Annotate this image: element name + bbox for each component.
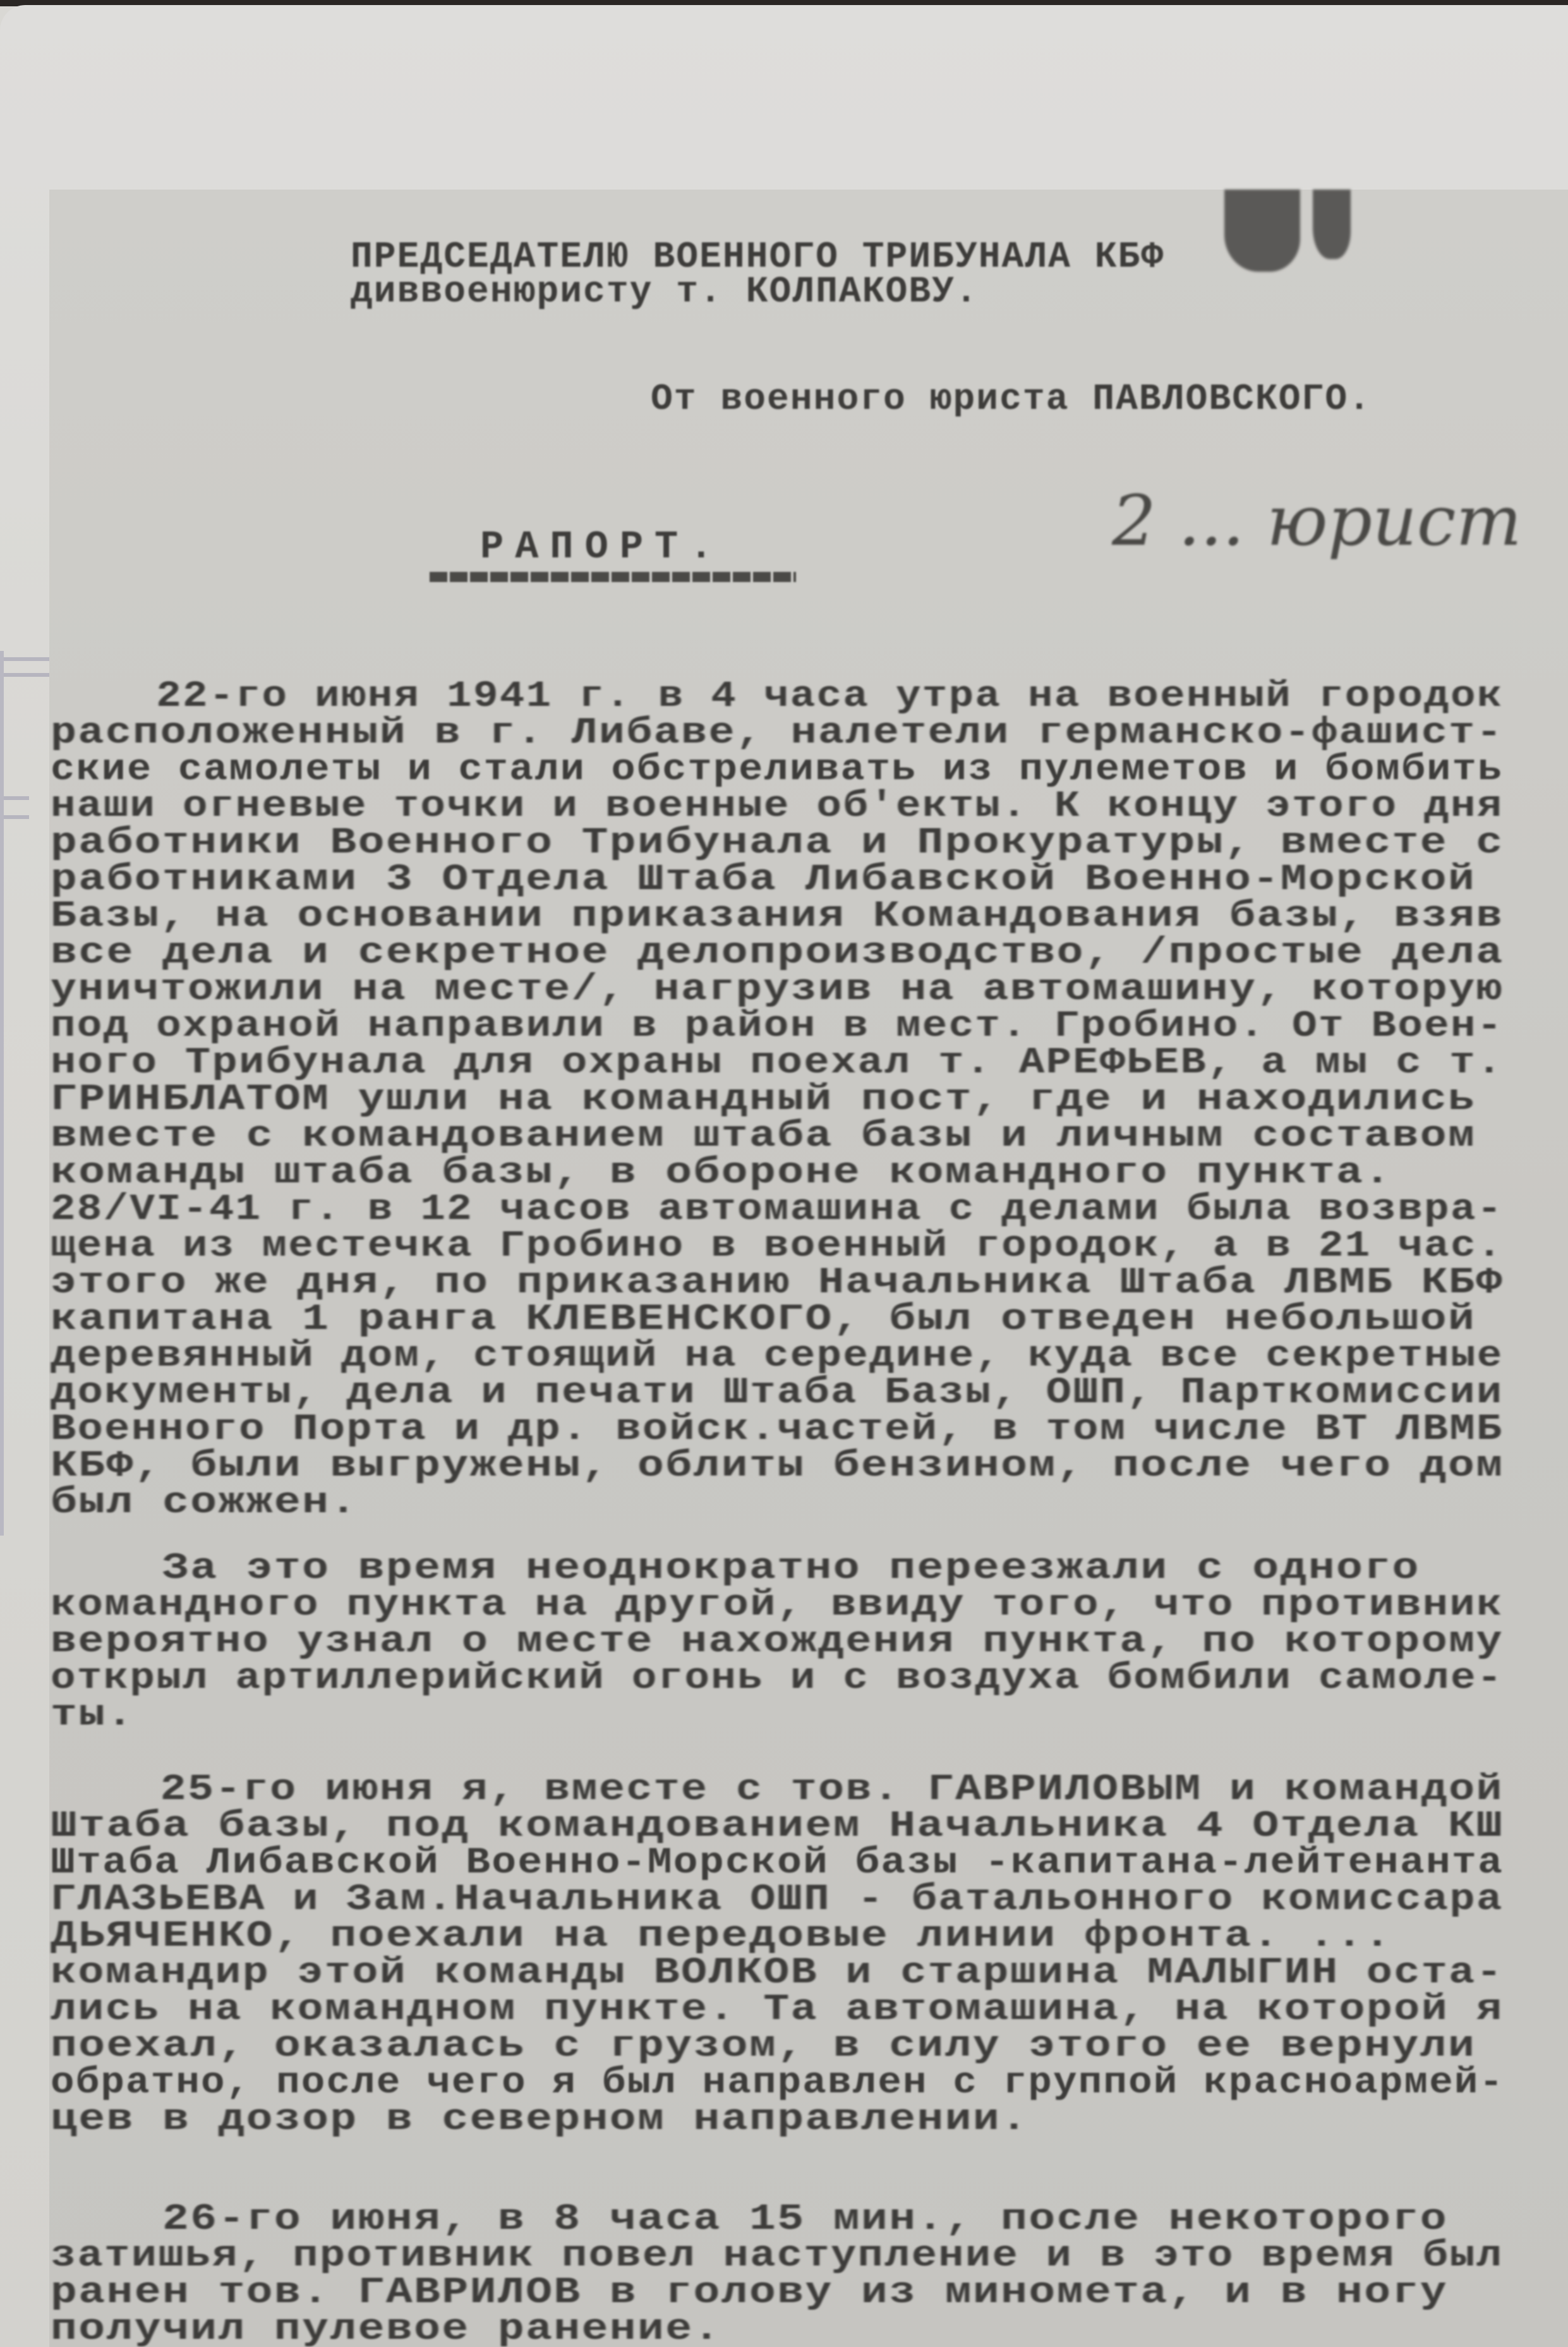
report-line: работники Военного Трибунала и Прокурату…	[51, 823, 1504, 864]
report-line: Базы, на основании приказания Командован…	[51, 896, 1504, 937]
report-line: ГЛАЗЬЕВА и Зам.Начальника ОШП - батальон…	[51, 1879, 1504, 1920]
report-line: цев в дозор в северном направлении.	[51, 2099, 1028, 2140]
report-line: капитана 1 ранга КЛЕВЕНСКОГО, был отведе…	[51, 1299, 1476, 1340]
report-line: работниками 3 Отдела Штаба Либавской Вое…	[51, 859, 1476, 901]
report-line: командного пункта на другой, ввиду того,…	[51, 1585, 1504, 1626]
report-line: лись на командном пункте. Та автомашина,…	[51, 1989, 1504, 2030]
report-line: За это время неоднократно переезжали с о…	[51, 1548, 1420, 1589]
report-line: щена из местечка Гробино в военный город…	[51, 1226, 1504, 1267]
report-line: 22-го июня 1941 г. в 4 часа утра на воен…	[51, 676, 1504, 717]
report-line: расположенный в г. Либаве, налетели герм…	[51, 713, 1504, 754]
report-line: поехал, оказалась с грузом, в силу этого…	[51, 2026, 1476, 2067]
report-line: обратно, после чего я был направлен с гр…	[51, 2063, 1504, 2104]
report-line: ты.	[51, 1695, 135, 1736]
report-line: под охраной направили в район в мест. Гр…	[51, 1006, 1504, 1047]
report-line: был сожжен.	[51, 1483, 358, 1524]
report-line: наши огневые точки и военные об'екты. К …	[51, 786, 1504, 827]
report-line: документы, дела и печати Штаба Базы, ОШП…	[51, 1373, 1504, 1414]
report-line: 25-го июня я, вместе с тов. ГАВРИЛОВЫМ и…	[51, 1769, 1504, 1810]
report-line: Штаба Либавской Военно-Морской базы -кап…	[51, 1843, 1504, 1884]
report-line: деревянный дом, стоящий на середине, куд…	[51, 1336, 1504, 1377]
report-line: ного Трибунала для охраны поехал т. АРЕФ…	[51, 1043, 1504, 1084]
report-line: ранен тов. ГАВРИЛОВ в голову из миномета…	[51, 2272, 1448, 2314]
report-line: все дела и секретное делопроизводство, /…	[51, 933, 1504, 974]
binding-marks	[0, 651, 54, 1536]
ink-blot	[1224, 190, 1300, 272]
title-underline	[430, 572, 796, 582]
report-line: затишья, противник повел наступление и в…	[51, 2236, 1504, 2277]
report-line: командир этой команды ВОЛКОВ и старшина …	[51, 1953, 1504, 1994]
report-line: Военного Порта и др. войск.частей, в том…	[51, 1409, 1504, 1450]
document-title: РАПОРТ.	[480, 525, 724, 569]
report-line: Штаба базы, под командованием Начальника…	[51, 1806, 1504, 1847]
sender-line: От военного юриста ПАВЛОВСКОГО.	[651, 379, 1372, 420]
report-line: 28/VI-41 г. в 12 часов автомашина с дела…	[51, 1189, 1504, 1230]
report-line: уничтожили на месте/, нагрузив на автома…	[51, 969, 1504, 1010]
report-line: открыл артиллерийский огонь и с воздуха …	[51, 1658, 1504, 1699]
report-line: этого же дня, по приказанию Начальника Ш…	[51, 1263, 1504, 1304]
report-line: вероятно узнал о месте нахождения пункта…	[51, 1622, 1504, 1663]
ink-blot	[1313, 190, 1351, 259]
addressee-line-2: диввоенюристу т. КОЛПАКОВУ.	[351, 272, 979, 313]
handwritten-resolution: 2 ... юрист	[1112, 480, 1522, 561]
report-line: ДЬЯЧЕНКО, поехали на передовые линии фро…	[51, 1916, 1392, 1957]
report-line: получил пулевое ранение.	[51, 2309, 721, 2347]
report-line: ГРИНБЛАТОМ ушли на командный пост, где и…	[51, 1079, 1476, 1120]
report-line: 26-го июня, в 8 часа 15 мин., после неко…	[51, 2199, 1448, 2240]
report-line: команды штаба базы, в обороне командного…	[51, 1153, 1392, 1194]
report-line: ские самолеты и стали обстреливать из пу…	[51, 749, 1503, 791]
report-line: вместе с командованием штаба базы и личн…	[51, 1116, 1476, 1157]
report-line: КБФ, были выгружены, облиты бензином, по…	[51, 1446, 1504, 1487]
